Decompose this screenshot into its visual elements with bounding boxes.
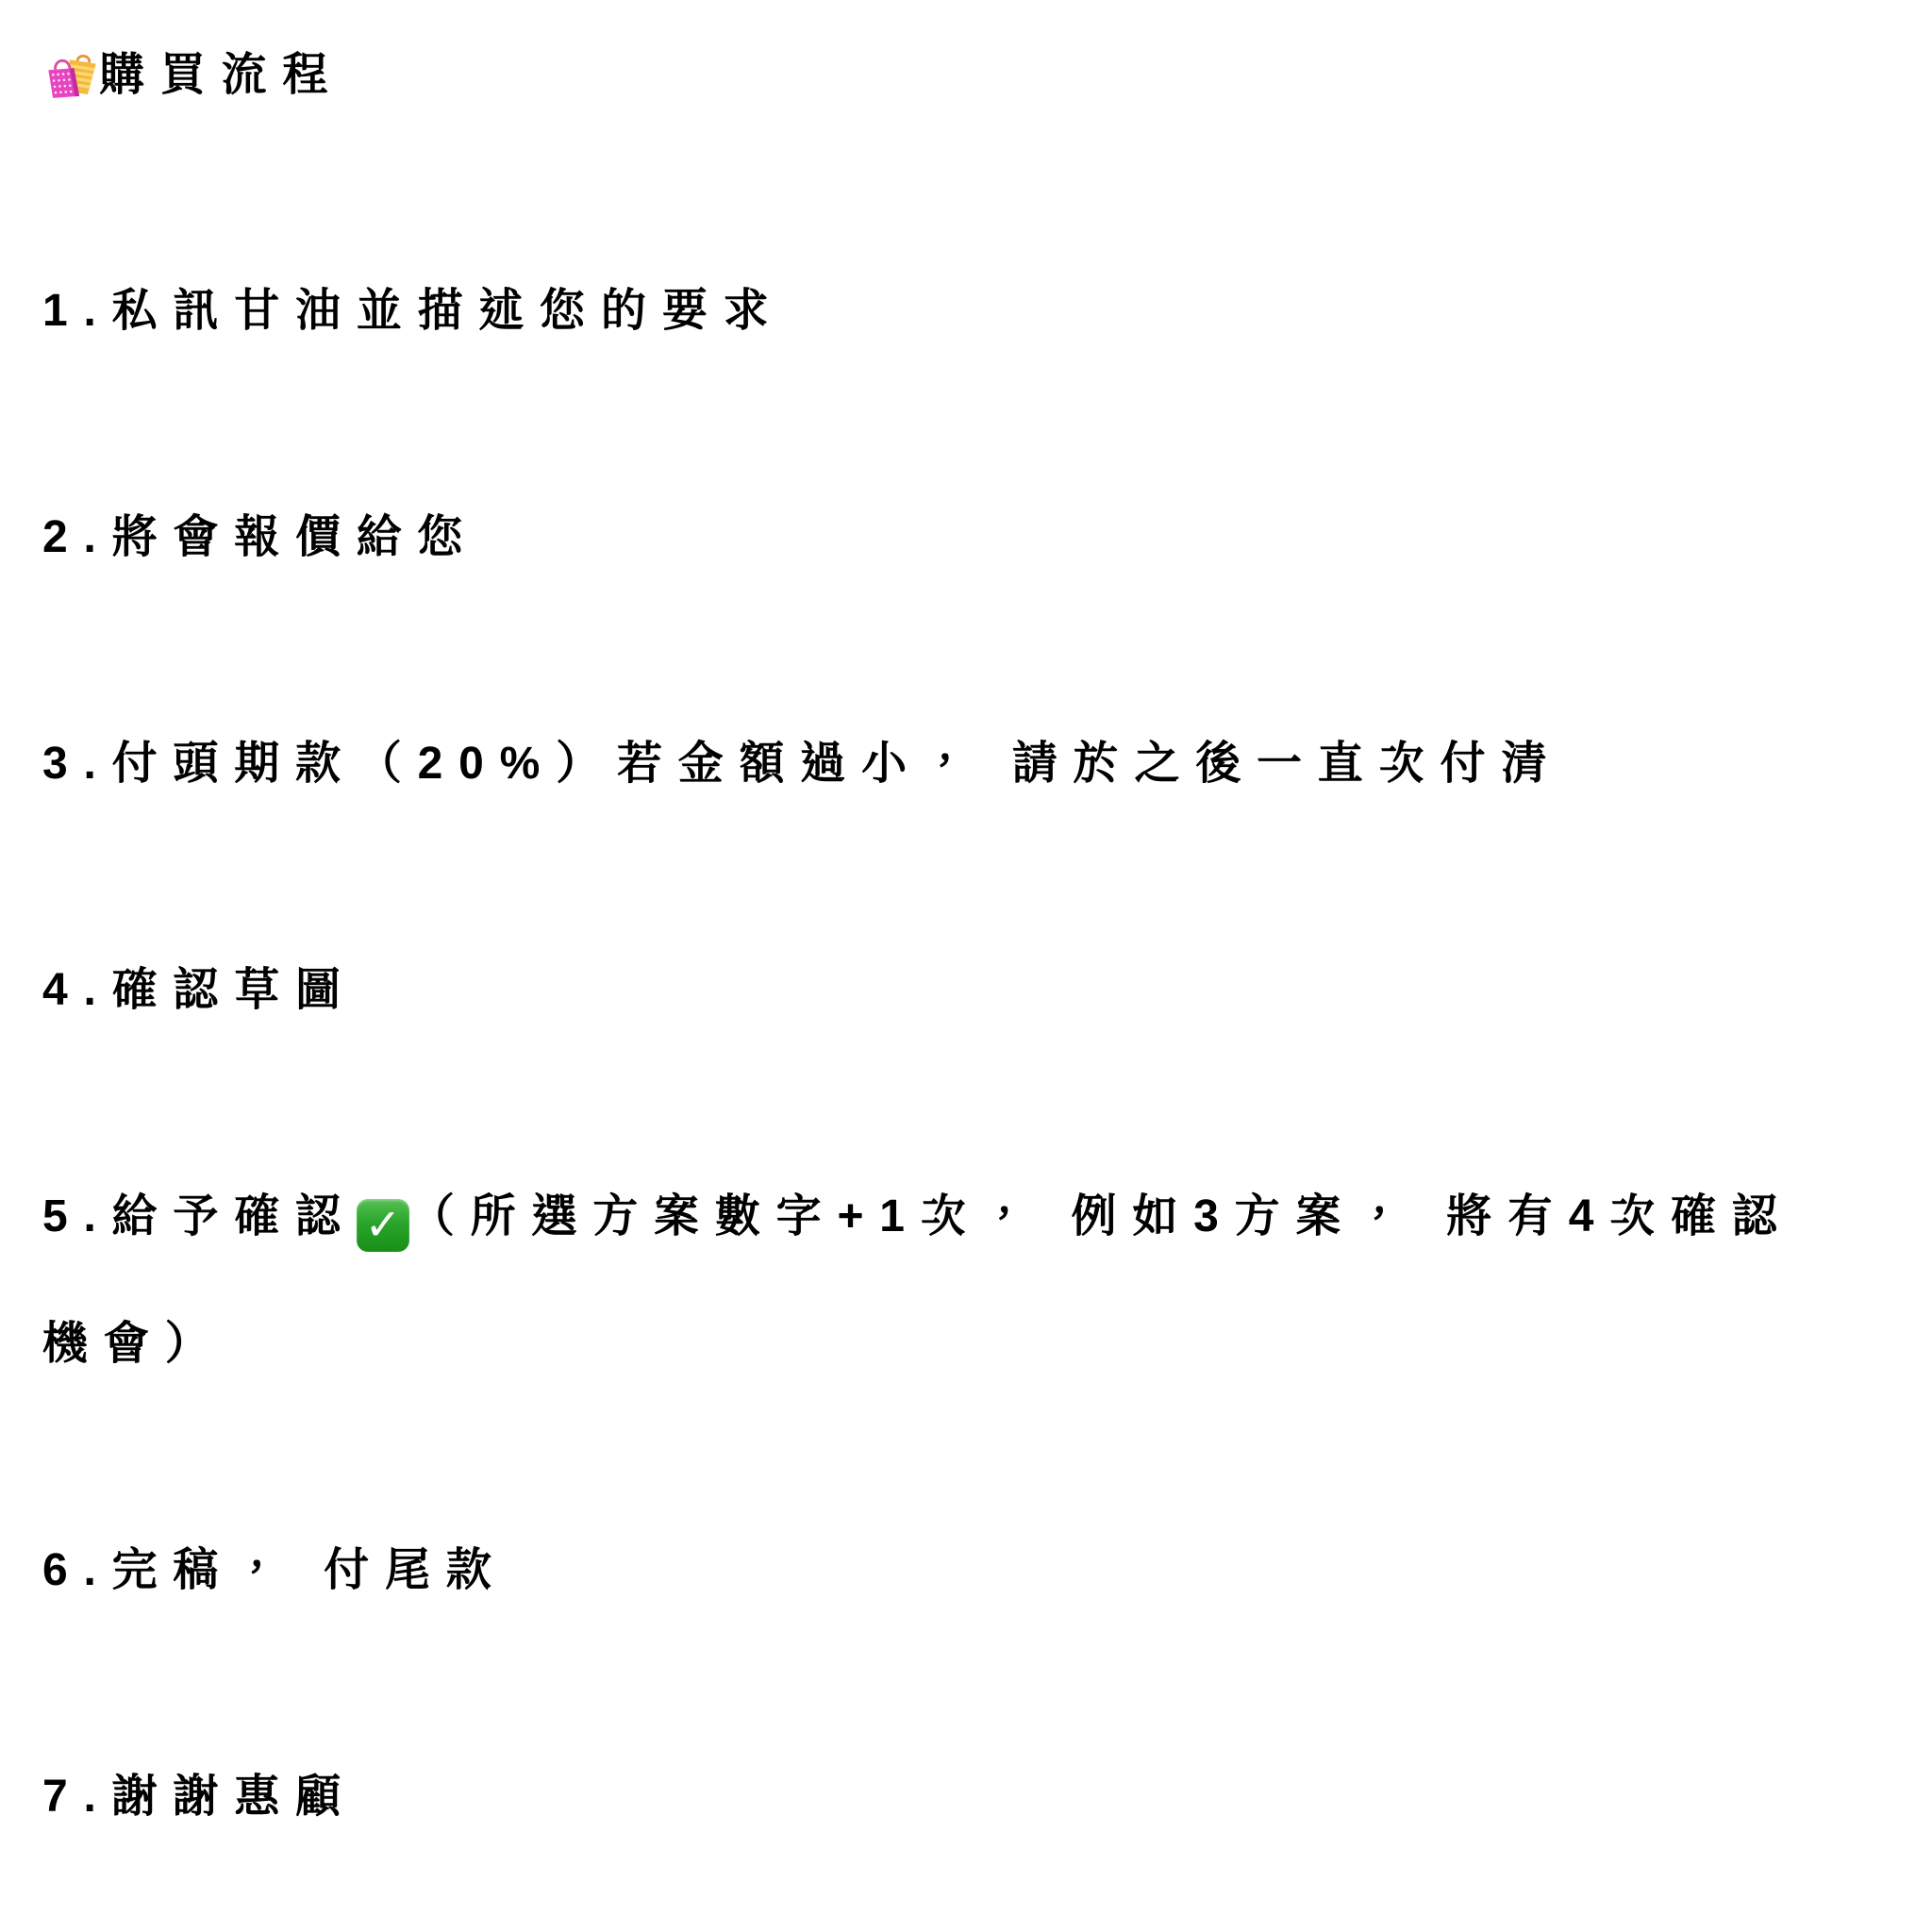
step-5-text-before: 5.給予確認 (42, 1191, 357, 1241)
check-mark-icon: ✓ (357, 1199, 409, 1252)
purchase-step-5: 5.給予確認✓（所選方案數字+1次， 例如3方案， 將有4次確認 機會） (42, 1153, 1894, 1407)
purchase-step-1: 1.私訊甘油並描述您的要求 (42, 247, 1894, 375)
purchase-step-2: 2.將會報價給您 (42, 474, 1894, 601)
shopping-bags-icon (42, 21, 97, 148)
purchase-step-6: 6.完稿， 付尾款 (42, 1507, 1894, 1634)
purchase-step-4: 4.確認草圖 (42, 926, 1894, 1054)
check-mark-glyph: ✓ (357, 1199, 409, 1250)
document: 購買流程 1.私訊甘油並描述您的要求 2.將會報價給您 3.付頭期款（20%）若… (0, 0, 1932, 1932)
purchase-step-3: 3.付頭期款（20%）若金額過小， 請於之後一直次付清 (42, 700, 1894, 827)
purchase-step-7: 7.謝謝惠顧 (42, 1733, 1894, 1860)
page-title-text: 購買流程 (99, 50, 343, 100)
page-title: 購買流程 (42, 11, 1894, 148)
